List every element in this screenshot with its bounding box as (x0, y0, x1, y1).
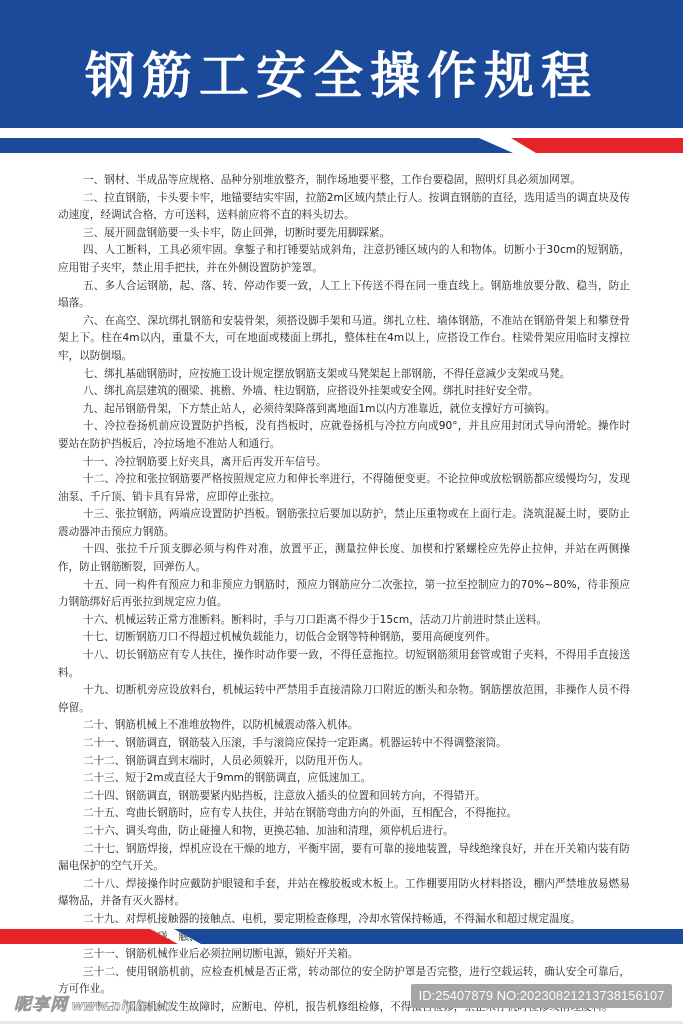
rules-list: 一、钢材、半成品等应规格、品种分别堆放整齐，制作场地要平整，工作台要稳固，照明灯… (58, 172, 630, 1017)
rule-item: 九、起吊钢筋骨架，下方禁止站人，必须待架降落到离地面1m以内方准靠近，就位支撑好… (58, 401, 630, 419)
rule-item: 二十三、短于2m或直径大于9mm的钢筋调直，应低速加工。 (58, 770, 630, 788)
rule-item: 十、冷拉卷扬机前应设置防护挡板，没有挡板时，应就卷扬机与冷拉方向成90°，并且应… (58, 418, 630, 453)
rule-item: 三十一、钢筋机械作业后必须拉闸切断电源，锁好开关箱。 (58, 946, 630, 964)
rule-item: 二十一、钢筋调直，钢筋装入压滚，手与滚筒应保持一定距离。机器运转中不得调整滚筒。 (58, 735, 630, 753)
rule-item: 一、钢材、半成品等应规格、品种分别堆放整齐，制作场地要平整，工作台要稳固，照明灯… (58, 172, 630, 190)
rule-item: 十二、冷拉和张拉钢筋要严格按照规定应力和伸长率进行，不得随便变更。不论拉伸或放松… (58, 471, 630, 506)
page-title: 钢筋工安全操作规程 (0, 0, 683, 128)
rule-item: 十四、张拉千斤顶支脚必须与构件对准，放置平正，测量拉伸长度、加楔和拧紧螺栓应先停… (58, 541, 630, 576)
rule-item: 三、展开圆盘钢筋要一头卡牢，防止回弹，切断时要先用脚踩紧。 (58, 225, 630, 243)
rule-item: 十九、切断机旁应设放料台，机械运转中严禁用手直接清除刀口附近的断头和杂物。钢筋摆… (58, 682, 630, 717)
header-stripe-red (511, 138, 683, 153)
image-id-badge: ID:25407879 NO:20230821213738156107 (411, 984, 672, 1008)
rule-item: 十三、张拉钢筋，两端应设置防护挡板。钢筋张拉后要加以防护，禁止压重物或在上面行走… (58, 506, 630, 541)
rule-item: 七、绑扎基础钢筋时，应按施工设计规定摆放钢筋支架或马凳架起上部钢筋，不得任意减少… (58, 366, 630, 384)
rule-item: 六、在高空、深坑绑扎钢筋和安装骨架，须搭设脚手架和马道。绑扎立柱、墙体钢筋，不准… (58, 313, 630, 366)
rule-item: 二、拉直钢筋，卡头要卡牢，地锚要结实牢固，拉筋2m区域内禁止行人。按调直钢筋的直… (58, 190, 630, 225)
rule-item: 十七、切断钢筋刀口不得超过机械负载能力，切低合金钢等特种钢筋，要用高硬度列件。 (58, 629, 630, 647)
rule-item: 二十七、钢筋焊接，焊机应设在干燥的地方，平衡牢固，要有可靠的接地装置，导线绝缘良… (58, 841, 630, 876)
rule-item: 二十、钢筋机械上不准堆放物件，以防机械震动落入机体。 (58, 717, 630, 735)
rule-item: 五、多人合运钢筋，起、落、转、停动作要一致，人工上下传送不得在同一垂直线上。钢筋… (58, 278, 630, 313)
header-divider-white (0, 128, 683, 138)
rule-item: 十八、切长钢筋应有专人扶住，操作时动作要一致，不得任意拖拉。切短钢筋须用套管或钳… (58, 647, 630, 682)
rule-item: 十五、同一构件有预应力和非预应力钢筋时，预应力钢筋应分二次张拉，第一拉至控制应力… (58, 577, 630, 612)
rule-item: 四、人工断料，工具必须牢固。拿錾子和打锤要站成斜角，注意扔锤区域内的人和物体。切… (58, 242, 630, 277)
watermark-url: www.nipic.cn (72, 997, 173, 1013)
rule-item: 二十四、钢筋调直，钢筋要紧内贴挡板，注意放入插头的位置和回转方向，不得错开。 (58, 788, 630, 806)
rule-item: 二十九、对焊机接触器的接触点、电机，要定期检查修理，冷却水管保持畅通，不得漏水和… (58, 911, 630, 929)
header-stripe-blue (0, 138, 513, 153)
watermark-logo: 昵享网www.nipic.cn (14, 990, 173, 1015)
rule-item: 二十二、钢筋调直到末端时，人员必须躲开，以防甩开伤人。 (58, 753, 630, 771)
footer-stripe-red (0, 929, 178, 944)
rule-item: 二十五、弯曲长钢筋时，应有专人扶住，并站在钢筋弯曲方向的外面，互相配合，不得拖拉… (58, 805, 630, 823)
watermark-logo-text: 昵享网 (14, 995, 68, 1015)
rule-item: 二十八、焊接操作时应戴防护眼镜和手套，并站在橡胶板或木板上。工作棚要用防火材料搭… (58, 876, 630, 911)
rule-item: 八、绑扎高层建筑的圈梁、挑檐、外墙、柱边钢筋，应搭设外挂架或安全网。绑扎时挂好安… (58, 383, 630, 401)
rule-item: 十一、冷拉钢筋要上好夹具，离开后再发开车信号。 (58, 454, 630, 472)
rule-item: 二十六、调头弯曲，防止碰撞人和物，更换芯轴、加油和清理，须停机后进行。 (58, 823, 630, 841)
rule-item: 十六、机械运转正常方准断料。断料时，手与刀口距离不得少于15cm，活动刀片前进时… (58, 612, 630, 630)
footer-stripe-blue (174, 929, 683, 944)
